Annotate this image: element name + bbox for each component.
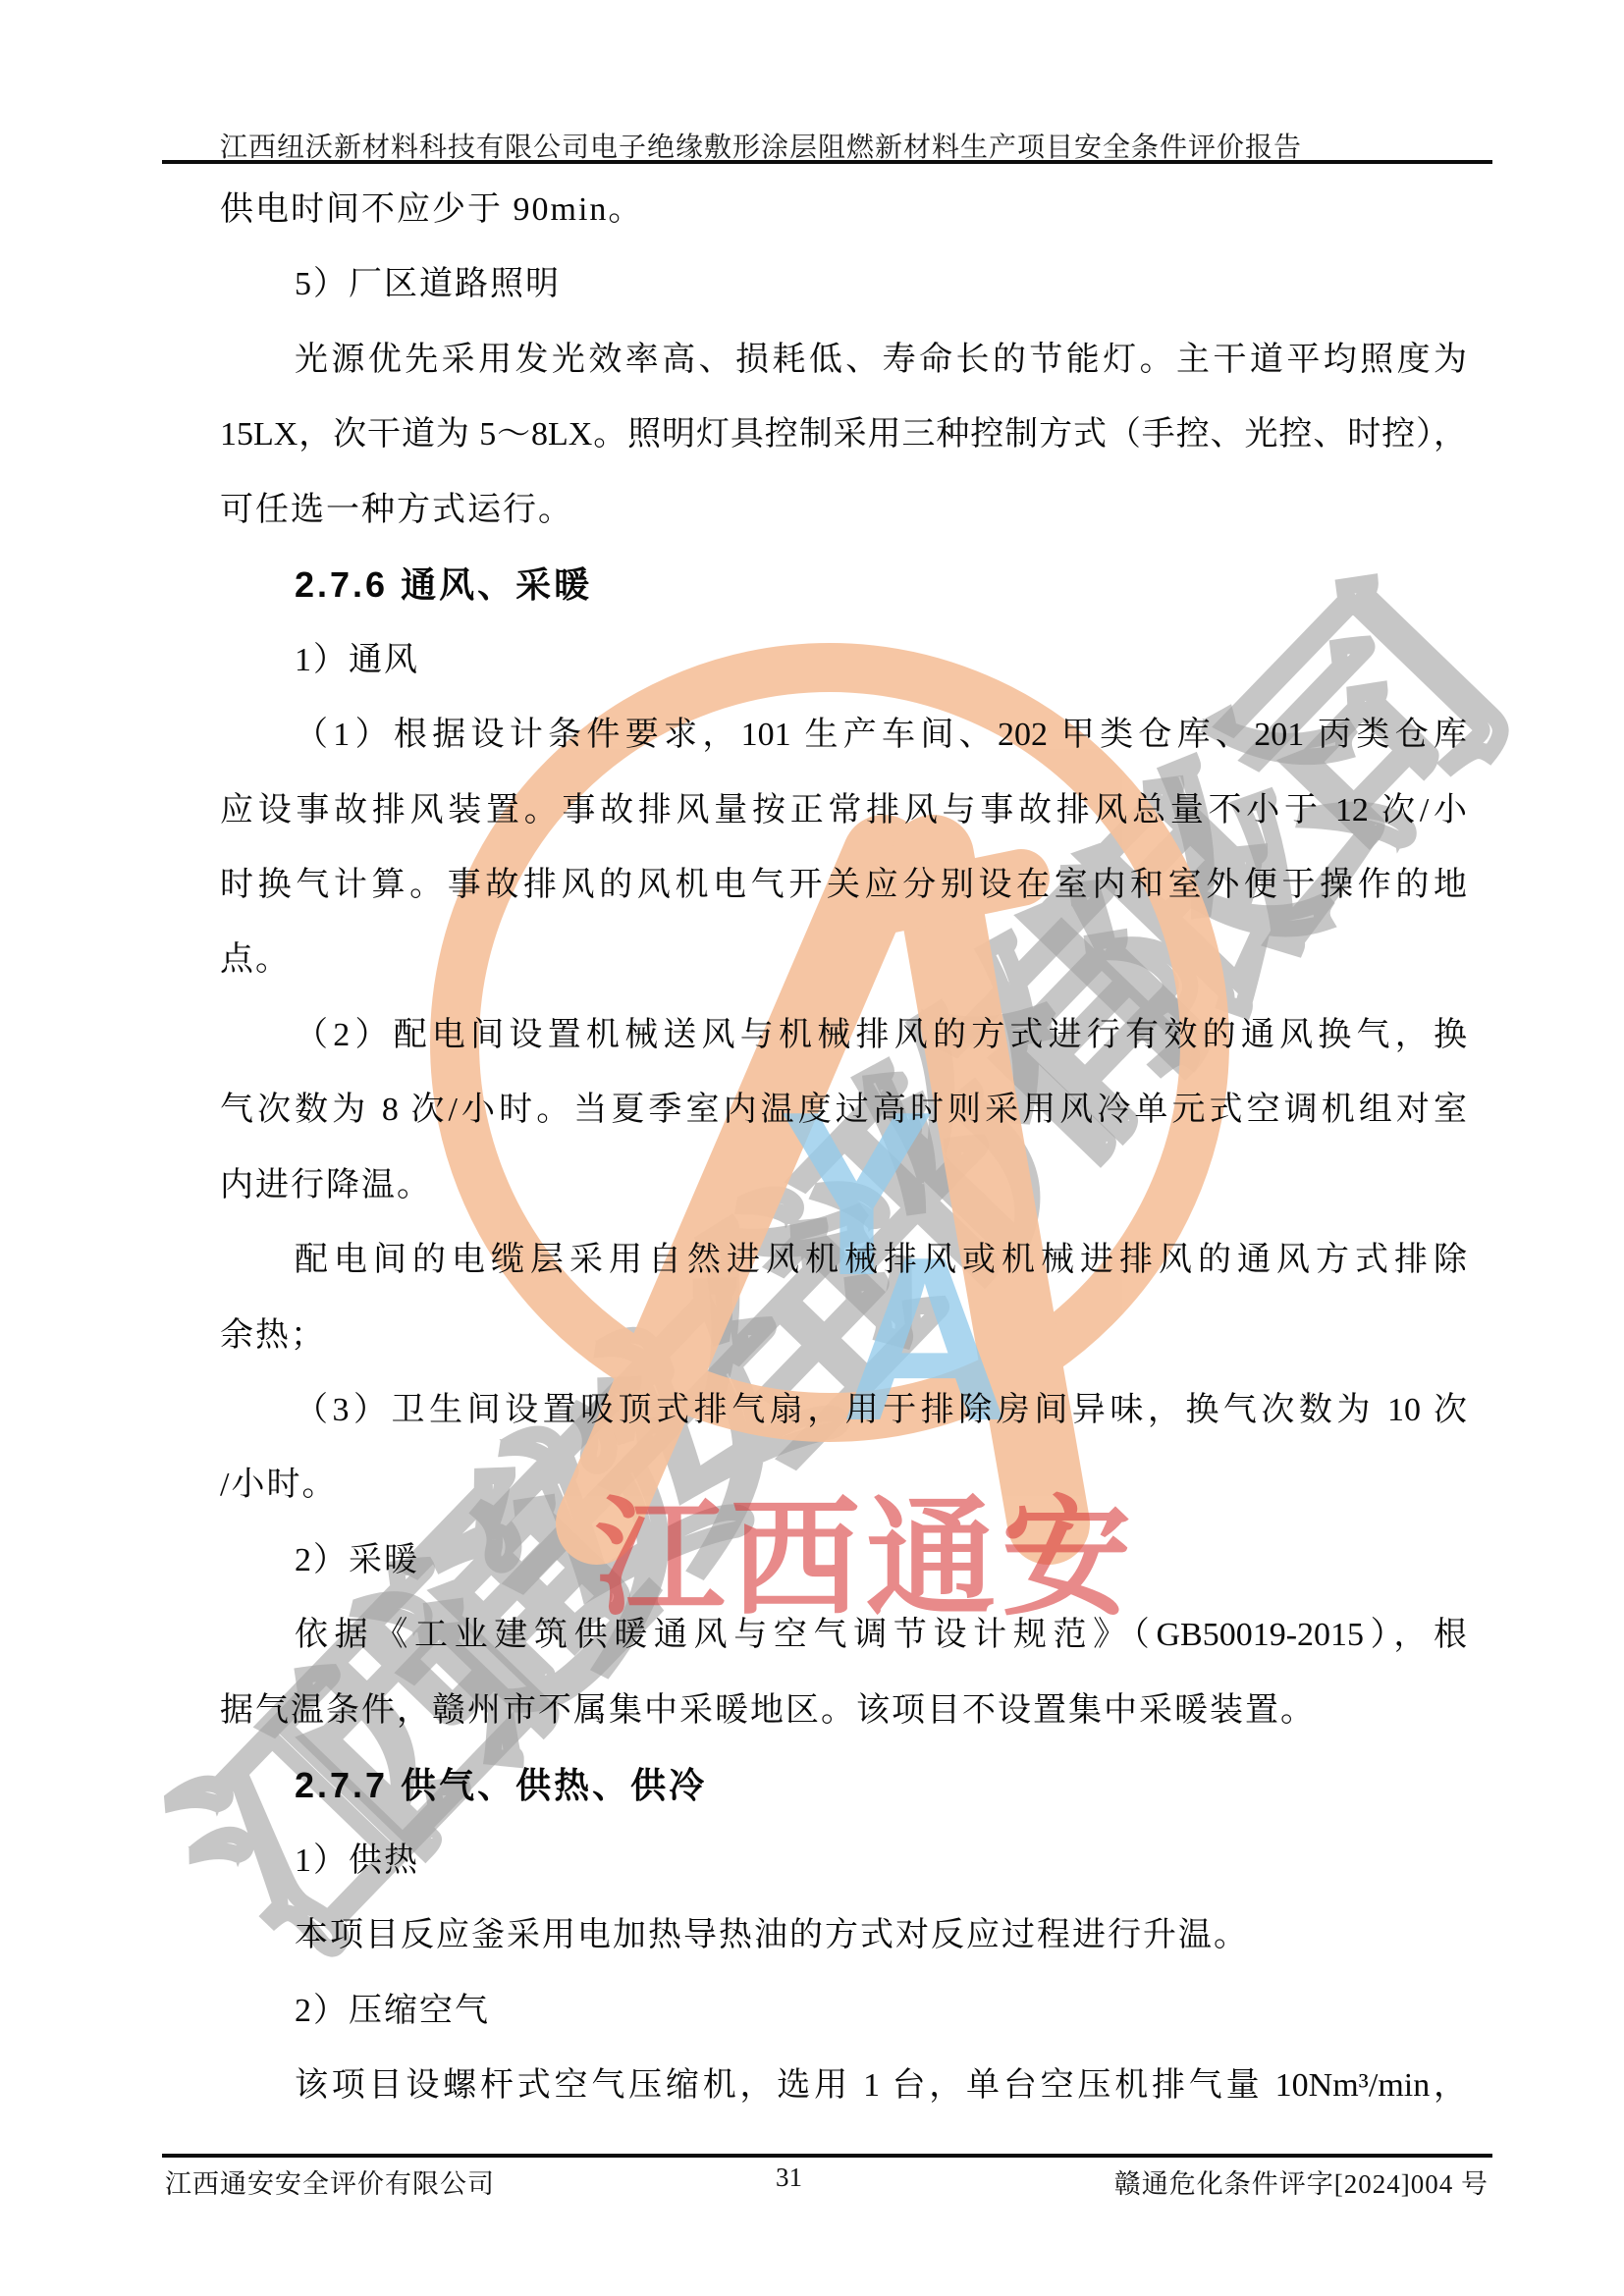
text-line: 15LX，次干道为 5～8LX。照明灯具控制采用三种控制方式（手控、光控、时控）… bbox=[220, 398, 1467, 472]
text-line: 可任选一种方式运行。 bbox=[220, 473, 1467, 548]
text-line: 据气温条件，赣州市不属集中采暖地区。该项目不设置集中采暖装置。 bbox=[220, 1674, 1467, 1748]
text-line: 配电间的电缆层采用自然进风机械排风或机械进排风的通风方式排除 bbox=[220, 1223, 1467, 1298]
text-line: 应设事故排风装置。事故排风量按正常排风与事故排风总量不小于 12 次/小 bbox=[220, 774, 1467, 848]
text-line: 依据《工业建筑供暖通风与空气调节设计规范》（GB50019-2015），根 bbox=[220, 1598, 1467, 1673]
text-line: （2）配电间设置机械送风与机械排风的方式进行有效的通风换气，换 bbox=[220, 998, 1467, 1073]
footer-doc-number: 赣通危化条件评字[2024]004 号 bbox=[1114, 2163, 1489, 2201]
text-line: 5）厂区道路照明 bbox=[220, 247, 1467, 322]
document-body: 供电时间不应少于 90min。5）厂区道路照明光源优先采用发光效率高、损耗低、寿… bbox=[220, 173, 1467, 2123]
text-line: （1）根据设计条件要求，101 生产车间、202 甲类仓库、201 丙类仓库 bbox=[220, 698, 1467, 773]
text-line: 供电时间不应少于 90min。 bbox=[220, 173, 1467, 247]
text-line: /小时。 bbox=[220, 1448, 1467, 1522]
report-page: 江西通安安全评价有限公司 Y A 江西通安 江西纽沃新材料科技有限公司电子绝缘敷… bbox=[0, 0, 1624, 2296]
footer-company: 江西通安安全评价有限公司 bbox=[165, 2163, 495, 2201]
text-line: 2）采暖 bbox=[220, 1523, 1467, 1598]
text-line: 光源优先采用发光效率高、损耗低、寿命长的节能灯。主干道平均照度为 bbox=[220, 323, 1467, 398]
text-line: 1）供热 bbox=[220, 1824, 1467, 1898]
text-line: 本项目反应釜采用电加热导热油的方式对反应过程进行升温。 bbox=[220, 1898, 1467, 1973]
text-line: 余热； bbox=[220, 1299, 1467, 1373]
text-line: 1）通风 bbox=[220, 623, 1467, 698]
footer-divider bbox=[162, 2154, 1492, 2158]
text-line: 2）压缩空气 bbox=[220, 1974, 1467, 2049]
section-heading: 2.7.6 通风、采暖 bbox=[220, 548, 1467, 622]
text-line: 点。 bbox=[220, 923, 1467, 997]
section-heading: 2.7.7 供气、供热、供冷 bbox=[220, 1748, 1467, 1823]
footer-page-number: 31 bbox=[776, 2163, 802, 2193]
text-line: 内进行降温。 bbox=[220, 1148, 1467, 1223]
text-line: （3）卫生间设置吸顶式排气扇，用于排除房间异味，换气次数为 10 次 bbox=[220, 1373, 1467, 1448]
header-divider bbox=[162, 160, 1492, 164]
text-line: 时换气计算。事故排风的风机电气开关应分别设在室内和室外便于操作的地 bbox=[220, 848, 1467, 923]
page-header-title: 江西纽沃新材料科技有限公司电子绝缘敷形涂层阻燃新材料生产项目安全条件评价报告 bbox=[220, 126, 1467, 165]
text-line: 气次数为 8 次/小时。当夏季室内温度过高时则采用风冷单元式空调机组对室 bbox=[220, 1073, 1467, 1148]
text-line: 该项目设螺杆式空气压缩机，选用 1 台，单台空压机排气量 10Nm³/min， bbox=[220, 2049, 1467, 2123]
